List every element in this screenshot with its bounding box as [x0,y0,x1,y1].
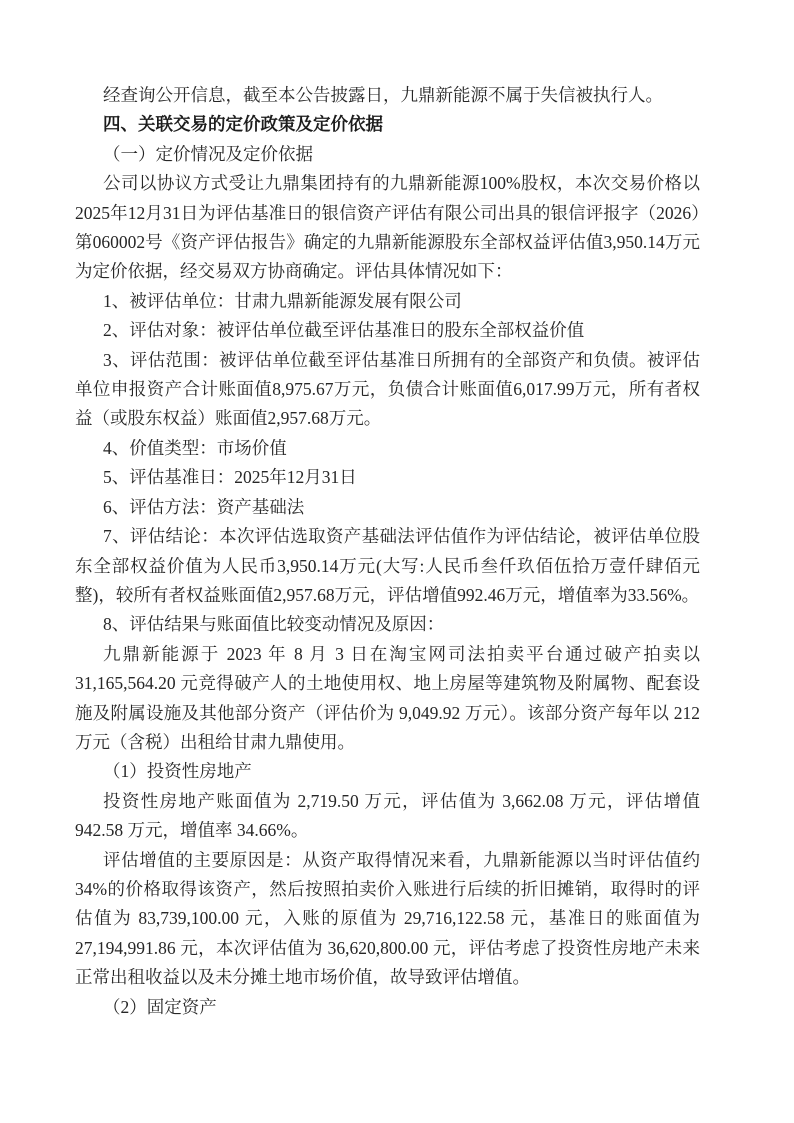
item-evaluation-object: 2、评估对象：被评估单位截至评估基准日的股东全部权益价值 [75,316,700,345]
para-auction-background: 九鼎新能源于 2023 年 8 月 3 日在淘宝网司法拍卖平台通过破产拍卖以 3… [75,640,700,758]
para-investment-property-values: 投资性房地产账面值为 2,719.50 万元，评估值为 3,662.08 万元，… [75,787,700,846]
para-pricing-basis: 公司以协议方式受让九鼎集团持有的九鼎新能源100%股权，本次交易价格以2025年… [75,169,700,287]
para-appreciation-reason: 评估增值的主要原因是：从资产取得情况来看，九鼎新能源以当时评估值约 34%的价格… [75,846,700,993]
item-result-change-reason: 8、评估结果与账面值比较变动情况及原因： [75,610,700,639]
para-credit-check: 经查询公开信息，截至本公告披露日，九鼎新能源不属于失信被执行人。 [75,81,700,110]
document-body: 经查询公开信息，截至本公告披露日，九鼎新能源不属于失信被执行人。 四、关联交易的… [75,81,700,1022]
item-evaluation-conclusion: 7、评估结论：本次评估选取资产基础法评估值作为评估结论，被评估单位股东全部权益价… [75,522,700,610]
heading-fixed-assets: （2）固定资产 [75,993,700,1022]
heading-section-4-pricing: 四、关联交易的定价政策及定价依据 [75,110,700,139]
heading-investment-property: （1）投资性房地产 [75,757,700,786]
item-evaluation-method: 6、评估方法：资产基础法 [75,493,700,522]
heading-subsection-1-pricing: （一）定价情况及定价依据 [75,140,700,169]
item-value-type: 4、价值类型：市场价值 [75,434,700,463]
item-evaluation-scope: 3、评估范围：被评估单位截至评估基准日所拥有的全部资产和负债。被评估单位申报资产… [75,346,700,434]
item-benchmark-date: 5、评估基准日：2025年12月31日 [75,463,700,492]
item-evaluated-entity: 1、被评估单位：甘肃九鼎新能源发展有限公司 [75,287,700,316]
document-page: 经查询公开信息，截至本公告披露日，九鼎新能源不属于失信被执行人。 四、关联交易的… [0,0,794,1123]
